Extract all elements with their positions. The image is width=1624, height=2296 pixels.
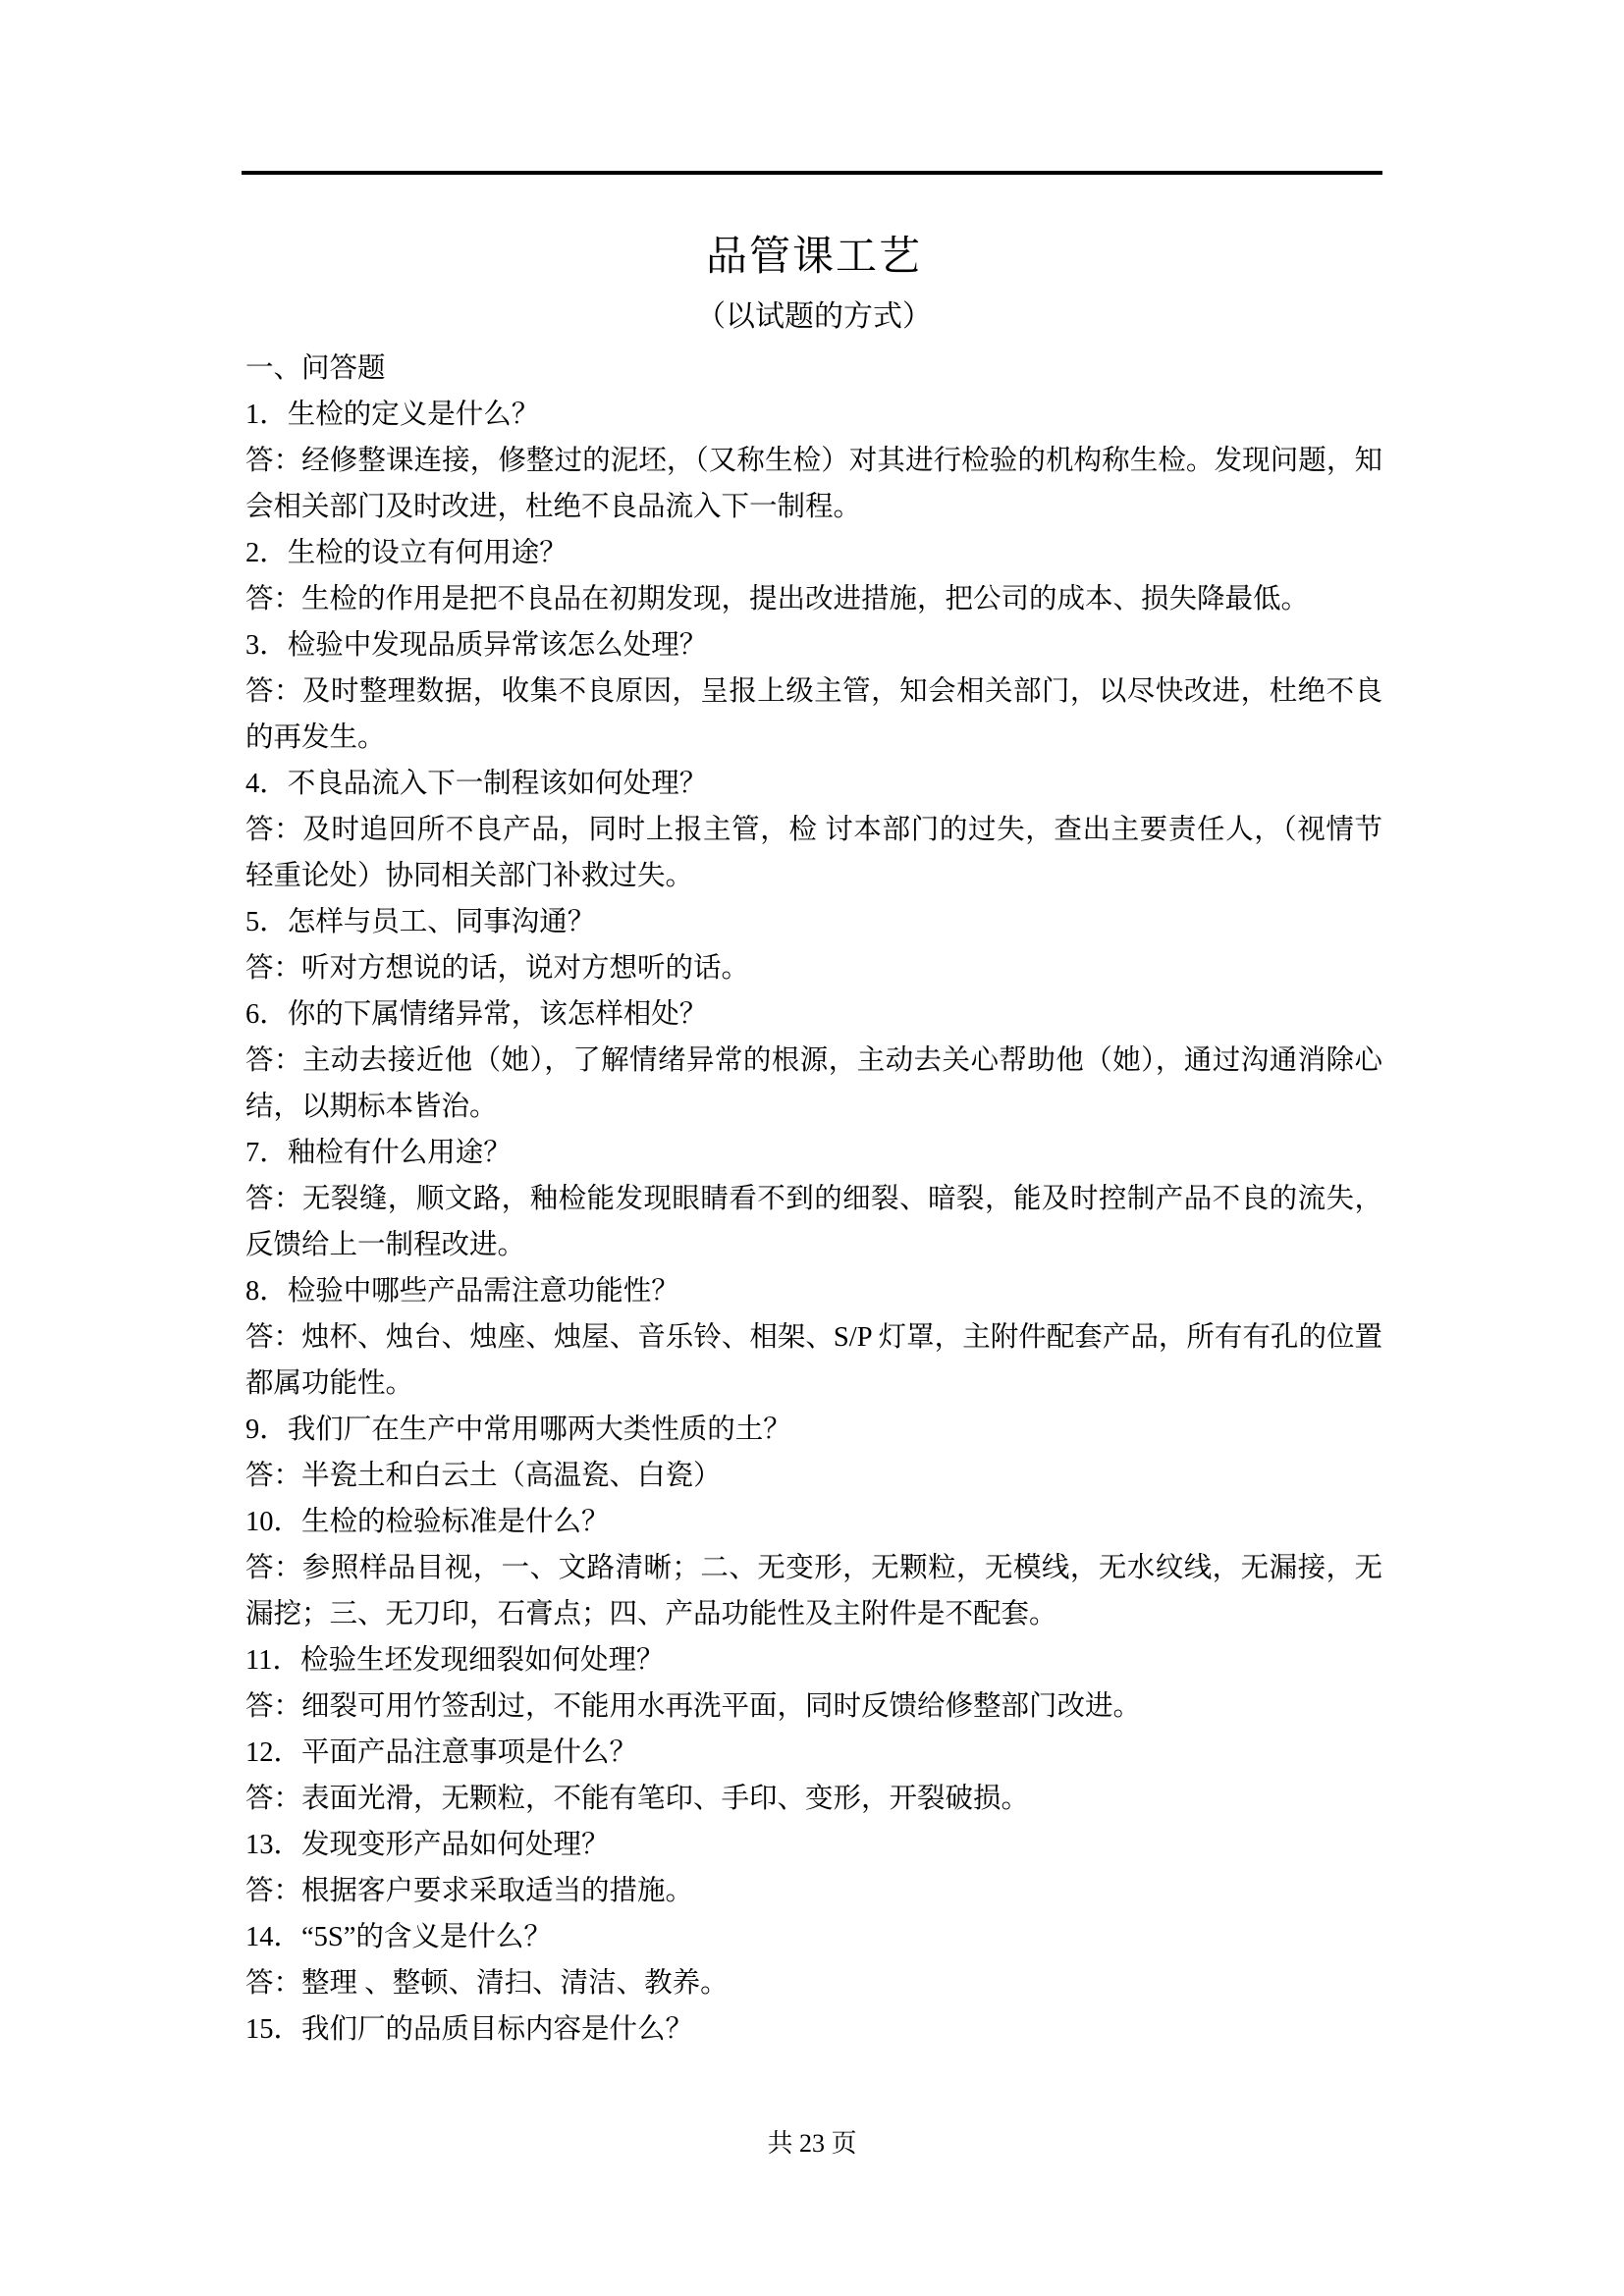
- question-line: 14．“5S”的含义是什么？: [245, 1914, 1382, 1960]
- question-line: 6．你的下属情绪异常，该怎样相处？: [245, 991, 1382, 1038]
- question-line: 7．釉检有什么用途？: [245, 1130, 1382, 1176]
- question-line: 13．发现变形产品如何处理？: [245, 1822, 1382, 1868]
- question-line: 5．怎样与员工、同事沟通？: [245, 899, 1382, 945]
- document-page: 品管课工艺 （以试题的方式） 一、问答题 1．生检的定义是什么？ 答：经修整课连…: [0, 0, 1624, 2296]
- question-line: 15．我们厂的品质目标内容是什么？: [245, 2006, 1382, 2053]
- answer-line: 答：及时整理数据，收集不良原因，呈报上级主管，知会相关部门，以尽快改进，杜绝不良…: [245, 668, 1382, 761]
- answer-line: 答：表面光滑，无颗粒，不能有笔印、手印、变形，开裂破损。: [245, 1776, 1382, 1822]
- answer-line: 答：经修整课连接，修整过的泥坯，（又称生检）对其进行检验的机构称生检。发现问题，…: [245, 438, 1382, 530]
- answer-line: 答：参照样品目视，一、文路清晰；二、无变形，无颗粒，无模线，无水纹线，无漏接，无…: [245, 1545, 1382, 1637]
- qa-list: 一、问答题 1．生检的定义是什么？ 答：经修整课连接，修整过的泥坯，（又称生检）…: [245, 346, 1382, 2053]
- question-line: 2．生检的设立有何用途？: [245, 530, 1382, 576]
- question-line: 11．检验生坯发现细裂如何处理？: [245, 1637, 1382, 1683]
- answer-line: 答：半瓷土和白云土（高温瓷、白瓷）: [245, 1453, 1382, 1499]
- question-line: 1．生检的定义是什么？: [245, 392, 1382, 438]
- page-number-footer: 共 23 页: [0, 2122, 1624, 2165]
- answer-line: 答：整理 、整顿、清扫、清洁、教养。: [245, 1960, 1382, 2006]
- question-line: 9．我们厂在生产中常用哪两大类性质的土？: [245, 1407, 1382, 1453]
- answer-line: 答：细裂可用竹签刮过，不能用水再洗平面，同时反馈给修整部门改进。: [245, 1683, 1382, 1730]
- answer-line: 答：及时追回所不良产品，同时上报主管，检 讨本部门的过失，查出主要责任人，（视情…: [245, 807, 1382, 899]
- answer-line: 答：听对方想说的话，说对方想听的话。: [245, 945, 1382, 991]
- page-subtitle: （以试题的方式）: [245, 296, 1382, 338]
- question-line: 12．平面产品注意事项是什么？: [245, 1730, 1382, 1776]
- question-line: 3．检验中发现品质异常该怎么处理？: [245, 622, 1382, 668]
- page-title: 品管课工艺: [245, 230, 1382, 285]
- question-line: 10．生检的检验标准是什么？: [245, 1499, 1382, 1545]
- answer-line: 答：烛杯、烛台、烛座、烛屋、音乐铃、相架、S/P 灯罩，主附件配套产品，所有有孔…: [245, 1314, 1382, 1407]
- header-rule: [242, 171, 1382, 175]
- answer-line: 答：根据客户要求采取适当的措施。: [245, 1868, 1382, 1914]
- question-line: 4．不良品流入下一制程该如何处理？: [245, 761, 1382, 807]
- answer-line: 答：无裂缝，顺文路，釉检能发现眼睛看不到的细裂、暗裂，能及时控制产品不良的流失，…: [245, 1176, 1382, 1268]
- answer-line: 答：生检的作用是把不良品在初期发现，提出改进措施，把公司的成本、损失降最低。: [245, 576, 1382, 622]
- answer-line: 答：主动去接近他（她），了解情绪异常的根源，主动去关心帮助他（她），通过沟通消除…: [245, 1038, 1382, 1130]
- section-heading: 一、问答题: [245, 346, 1382, 392]
- question-line: 8．检验中哪些产品需注意功能性？: [245, 1268, 1382, 1314]
